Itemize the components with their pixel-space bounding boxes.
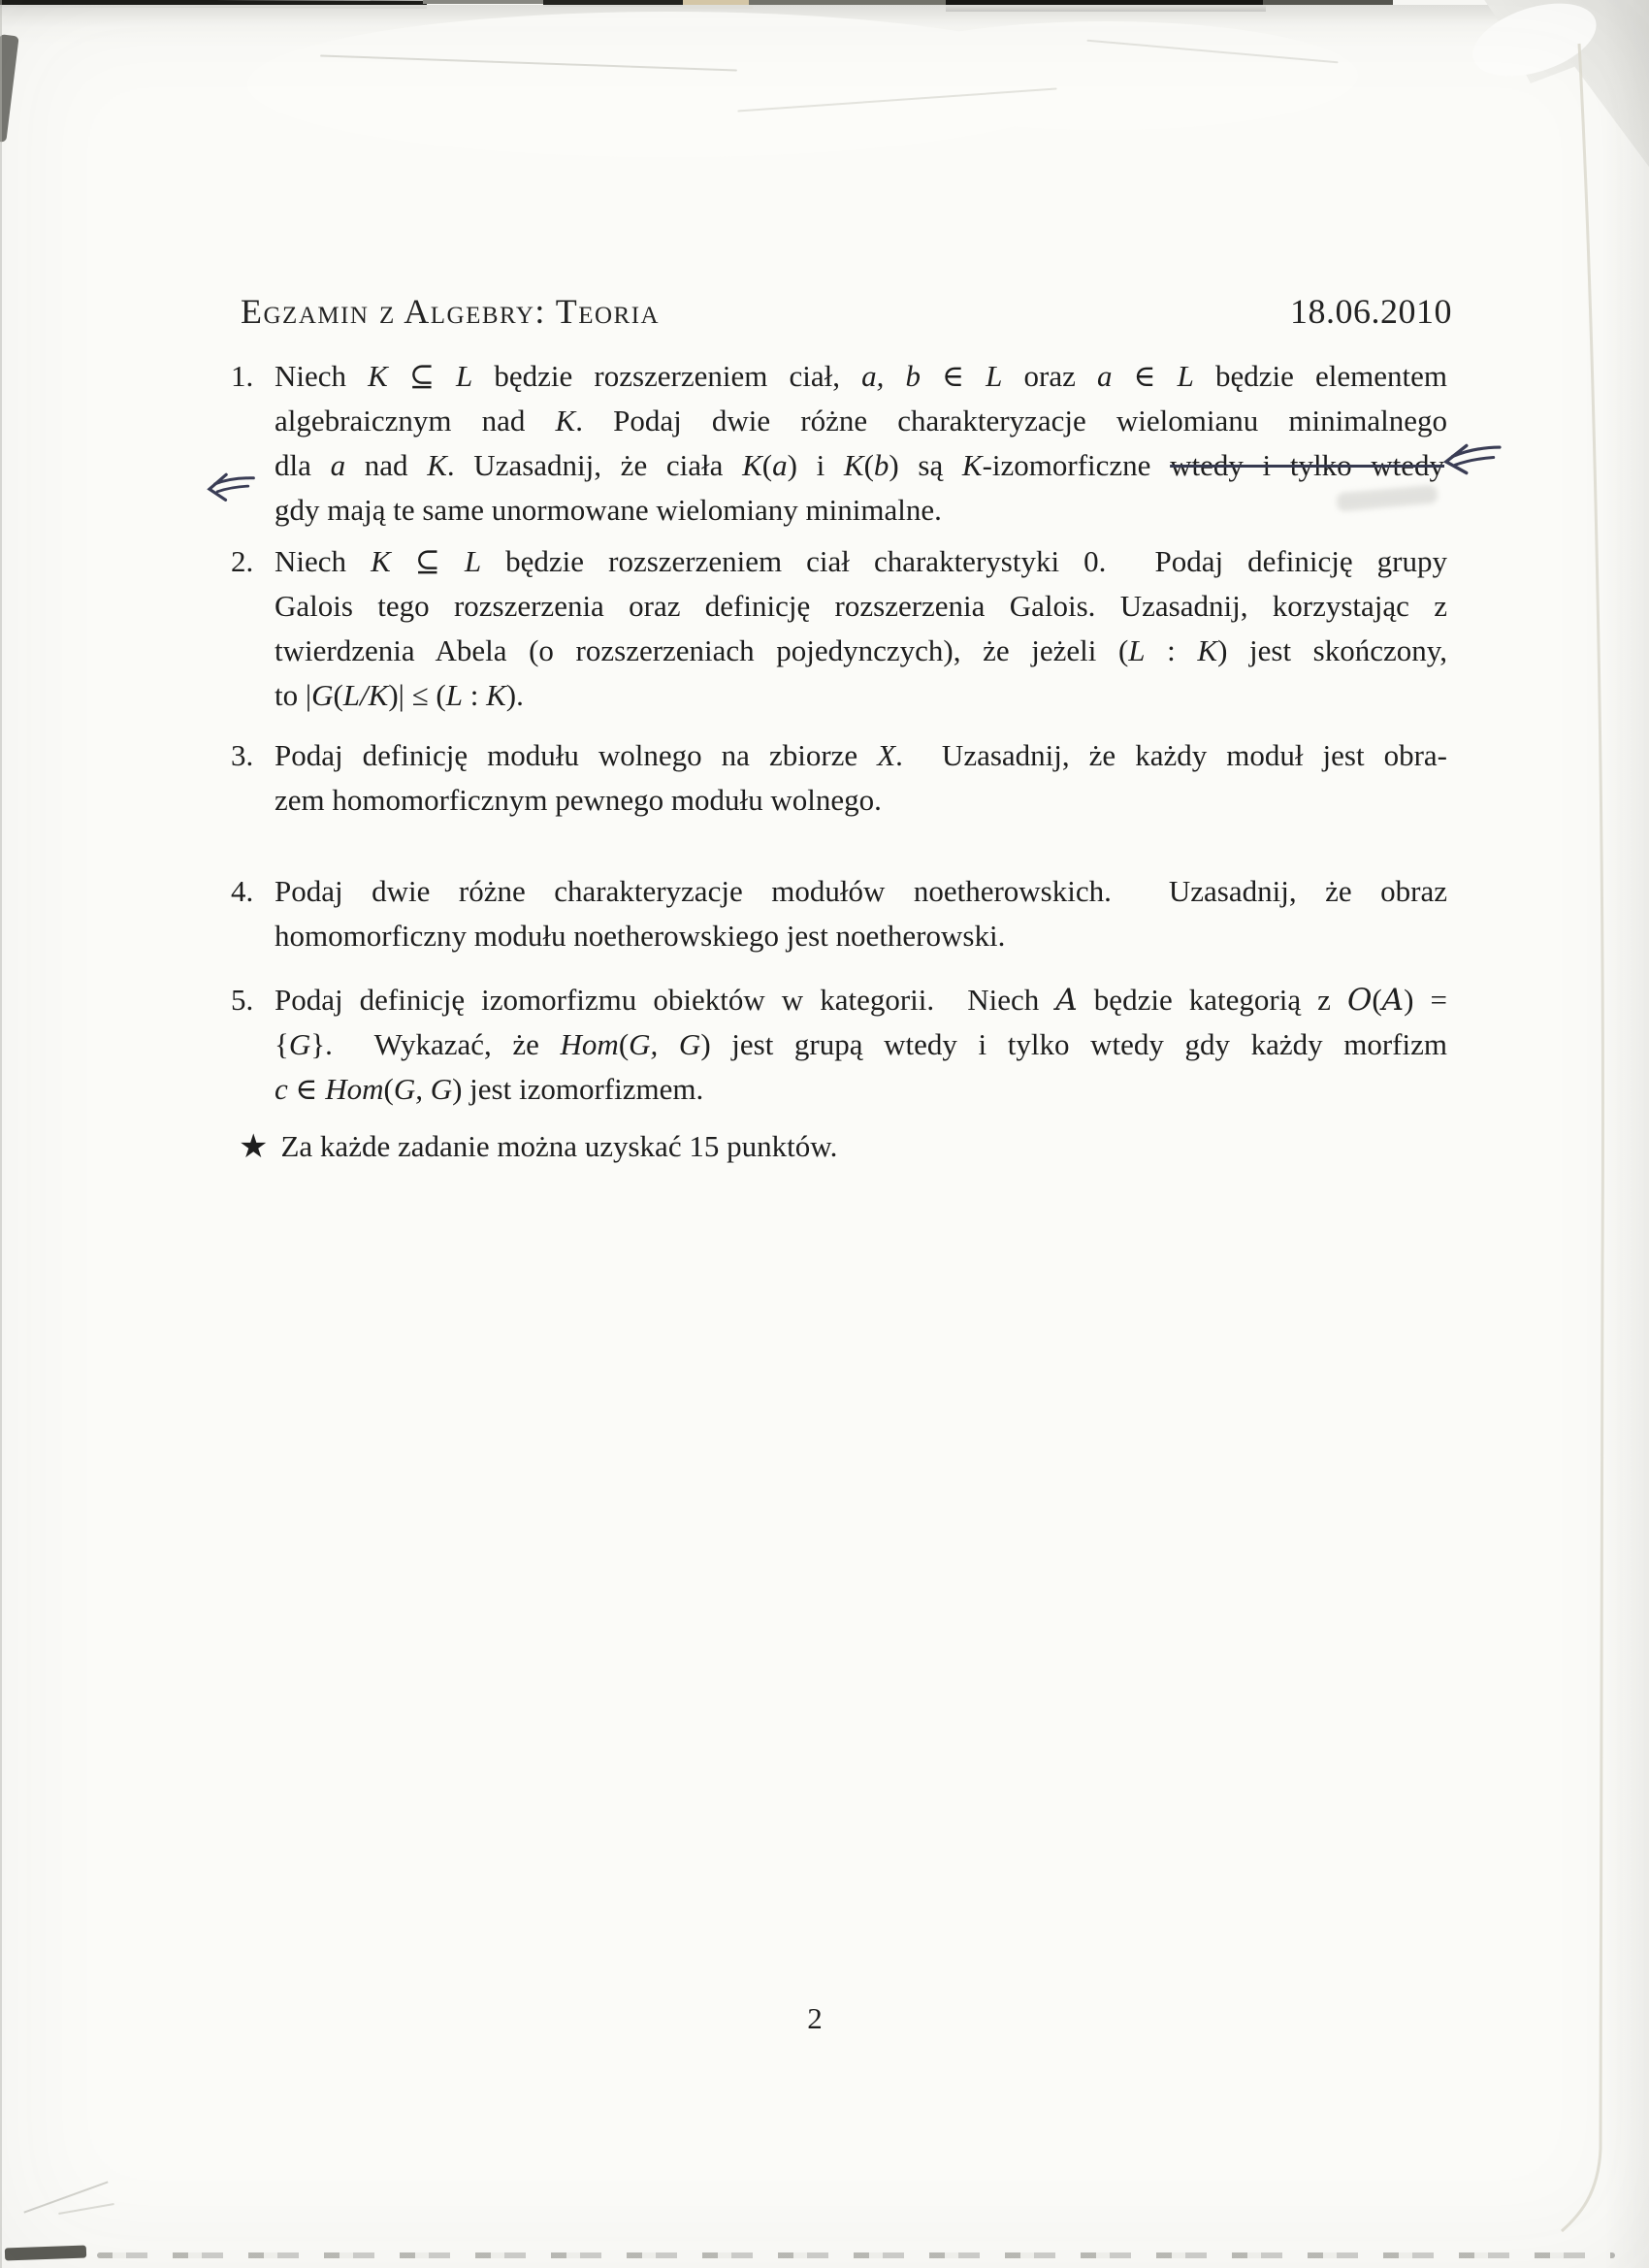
text-segment: Hom — [561, 1027, 619, 1061]
text-line: to |G(L/K)| ≤ (L : K). — [275, 673, 1447, 718]
text-segment: homomorficzny modułu noetherowskiego jes… — [275, 919, 1005, 953]
problem-lines: Niech K ⊆ L będzie rozszerzeniem ciał ch… — [275, 539, 1447, 718]
text-segment: K — [962, 448, 983, 482]
scan-left-mark — [0, 34, 19, 143]
star-icon: ★ — [239, 1129, 268, 1165]
text-segment: Galois tego rozszerzenia oraz definicję … — [275, 589, 1447, 623]
text-segment: ( — [1372, 983, 1381, 1017]
text-segment: L — [1178, 359, 1194, 393]
text-segment: ). — [506, 678, 524, 712]
scan-right-shadow — [1604, 0, 1649, 2268]
text-segment: gdy mają te same unormowane wielomiany m… — [275, 493, 942, 527]
text-line: dla a nad K. Uzasadnij, że ciała K(a) i … — [275, 443, 1447, 488]
text-segment: G — [289, 1027, 310, 1061]
handwritten-arrow-left-icon — [205, 471, 259, 510]
text-segment: G, G — [629, 1027, 700, 1061]
text-line: gdy mają te same unormowane wielomiany m… — [275, 488, 1447, 533]
text-segment: ( — [384, 1072, 394, 1106]
scan-left-edge-line — [0, 0, 2, 2268]
scanned-page: { "document": { "kind": "scanned exam pa… — [0, 0, 1649, 2268]
paper-sheet: Egzamin z Algebry: Teoria 18.06.2010 1.N… — [0, 0, 1649, 2268]
text-segment: O — [1347, 983, 1372, 1018]
text-segment: dla — [275, 448, 331, 482]
text-segment: : — [1146, 633, 1198, 667]
text-segment: a — [1097, 359, 1113, 393]
text-segment: )| ≤ ( — [388, 678, 445, 712]
text-segment: X — [877, 738, 895, 772]
text-segment: a, b — [861, 359, 921, 393]
text-segment: K — [742, 448, 762, 482]
problem-lines: Niech K ⊆ L będzie rozszerzeniem ciał, a… — [275, 354, 1447, 533]
document-date: 18.06.2010 — [1290, 291, 1452, 332]
scan-top-edge — [423, 0, 547, 4]
text-segment: Niech — [275, 359, 368, 393]
text-segment: -izomorficzne — [983, 448, 1171, 482]
problem-number: 2. — [231, 539, 253, 584]
problem-item: 4.Podaj dwie różne charakteryzacje moduł… — [231, 869, 1447, 958]
text-segment: G, G — [394, 1072, 452, 1106]
text-segment: ( — [864, 448, 874, 482]
text-segment: }. Wykazać, że — [310, 1027, 560, 1061]
text-segment: ) i — [788, 448, 844, 482]
text-segment: Podaj definicję modułu wolnego na zbiorz… — [275, 738, 877, 772]
text-segment: algebraicznym nad — [275, 404, 556, 437]
paper-bulge — [854, 21, 1358, 130]
footnote: ★Za każde zadanie można uzyskać 15 punkt… — [239, 1124, 837, 1169]
text-segment: K — [368, 359, 388, 393]
text-segment: twierdzenia Abela (o rozszerzeniach poje… — [275, 633, 1128, 667]
text-segment: ⊆ — [391, 544, 465, 578]
text-segment: a — [772, 448, 788, 482]
text-segment: K — [556, 404, 576, 437]
text-segment: zem homomorficznym pewnego modułu wolneg… — [275, 783, 882, 817]
text-line: Galois tego rozszerzenia oraz definicję … — [275, 584, 1447, 629]
text-line: homomorficzny modułu noetherowskiego jes… — [275, 914, 1447, 958]
page-number: 2 — [791, 1996, 839, 2041]
text-line: algebraicznym nad K. Podaj dwie różne ch… — [275, 399, 1447, 443]
text-segment: A — [1382, 983, 1404, 1018]
text-segment: L — [465, 544, 481, 578]
text-segment: Hom — [325, 1072, 383, 1106]
problem-item: 1.Niech K ⊆ L będzie rozszerzeniem ciał,… — [231, 354, 1447, 533]
document-header: Egzamin z Algebry: Teoria 18.06.2010 — [241, 291, 1452, 332]
text-segment: będzie rozszerzeniem ciał charakterystyk… — [481, 544, 1447, 578]
text-segment: K — [371, 544, 391, 578]
text-line: Niech K ⊆ L będzie rozszerzeniem ciał ch… — [275, 539, 1447, 584]
text-segment: ⊆ — [388, 359, 456, 393]
text-segment: : — [463, 678, 486, 712]
text-segment: { — [275, 1027, 289, 1061]
text-segment: będzie elementem — [1194, 359, 1447, 393]
problem-number: 3. — [231, 733, 253, 778]
text-segment: ( — [619, 1027, 629, 1061]
paper-crease — [23, 2181, 108, 2213]
text-segment: K — [486, 678, 506, 712]
text-segment: K — [427, 448, 447, 482]
text-line: {G}. Wykazać, że Hom(G, G) jest grupą wt… — [275, 1022, 1447, 1067]
text-segment: ) jest skończony, — [1217, 633, 1447, 667]
text-segment: L — [1128, 633, 1145, 667]
text-segment: oraz — [1002, 359, 1097, 393]
text-segment: Niech — [275, 544, 371, 578]
text-segment: ∈ — [288, 1072, 325, 1106]
text-segment: L — [446, 678, 463, 712]
text-line: c ∈ Hom(G, G) jest izomorfizmem. — [275, 1067, 1447, 1112]
strikethrough-text: wtedy i tylko wtedy — [1165, 448, 1447, 482]
text-segment: . Uzasadnij, że ciała — [447, 448, 742, 482]
problem-lines: Podaj dwie różne charakteryzacje modułów… — [275, 869, 1447, 958]
problem-number: 4. — [231, 869, 253, 914]
text-segment: ∈ — [921, 359, 986, 393]
text-segment: będzie kategorią z — [1078, 983, 1347, 1017]
text-segment: Podaj definicję izomorfizmu obiektów w k… — [275, 983, 1055, 1017]
text-segment: . Uzasadnij, że każdy moduł jest obra- — [895, 738, 1447, 772]
text-segment: L — [456, 359, 472, 393]
text-line: zem homomorficznym pewnego modułu wolneg… — [275, 778, 1447, 823]
problem-number: 1. — [231, 354, 253, 399]
text-segment: G — [311, 678, 333, 712]
text-segment: ) = — [1404, 983, 1447, 1017]
text-segment: ∈ — [1112, 359, 1177, 393]
text-segment: będzie rozszerzeniem ciał, — [472, 359, 861, 393]
text-segment: ) jest izomorfizmem. — [452, 1072, 703, 1106]
problem-item: 5.Podaj definicję izomorfizmu obiektów w… — [231, 978, 1447, 1112]
text-segment: K — [844, 448, 864, 482]
text-segment: ) jest grupą wtedy i tylko wtedy gdy każ… — [700, 1027, 1447, 1061]
text-segment: K — [1197, 633, 1217, 667]
handwritten-arrow-right-icon — [1441, 440, 1506, 484]
text-segment: L — [986, 359, 1002, 393]
problem-lines: Podaj definicję izomorfizmu obiektów w k… — [275, 978, 1447, 1112]
text-segment: A — [1055, 983, 1077, 1018]
text-segment: c — [275, 1072, 288, 1106]
document-title: Egzamin z Algebry: Teoria — [241, 291, 660, 332]
text-segment: ( — [333, 678, 342, 712]
scan-bottom-edge — [97, 2252, 1615, 2258]
text-line: Niech K ⊆ L będzie rozszerzeniem ciał, a… — [275, 354, 1447, 399]
text-segment: b — [874, 448, 889, 482]
text-segment: ) są — [889, 448, 962, 482]
text-segment: to | — [275, 678, 311, 712]
problem-number: 5. — [231, 978, 253, 1022]
text-line: twierdzenia Abela (o rozszerzeniach poje… — [275, 629, 1447, 673]
text-segment: nad — [345, 448, 427, 482]
footnote-text: Za każde zadanie można uzyskać 15 punktó… — [280, 1129, 837, 1163]
scan-bottom-mark — [5, 2246, 86, 2261]
text-segment: . Podaj dwie różne charakteryzacje wielo… — [575, 404, 1447, 437]
paper-crease — [58, 2203, 113, 2215]
text-segment: a — [331, 448, 346, 482]
problem-item: 2.Niech K ⊆ L będzie rozszerzeniem ciał … — [231, 539, 1447, 718]
problem-item: 3.Podaj definicję modułu wolnego na zbio… — [231, 733, 1447, 823]
text-segment: L/K — [343, 678, 389, 712]
text-line: Podaj definicję modułu wolnego na zbiorz… — [275, 733, 1447, 778]
text-segment: ( — [762, 448, 772, 482]
text-line: Podaj dwie różne charakteryzacje modułów… — [275, 869, 1447, 914]
text-line: Podaj definicję izomorfizmu obiektów w k… — [275, 978, 1447, 1022]
text-segment: Podaj dwie różne charakteryzacje modułów… — [275, 874, 1447, 908]
problem-lines: Podaj definicję modułu wolnego na zbiorz… — [275, 733, 1447, 823]
